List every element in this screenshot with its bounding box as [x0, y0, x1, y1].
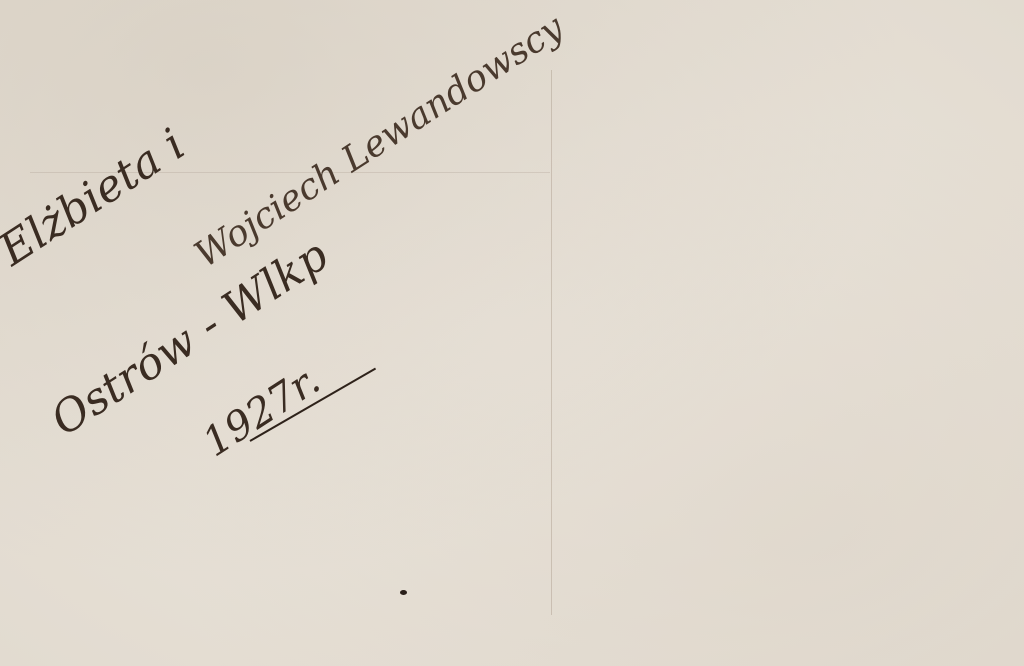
ink-speck	[400, 590, 407, 595]
postcard-back: Elżbieta i Wojciech Lewandowscy Ostrów -…	[0, 0, 1024, 666]
handwriting-line-1: Elżbieta i	[0, 119, 194, 276]
handwriting-line-2: Wojciech Lewandowscy	[188, 7, 571, 276]
handwriting-date: 1927r.	[195, 357, 328, 466]
center-divider-line	[551, 70, 552, 615]
